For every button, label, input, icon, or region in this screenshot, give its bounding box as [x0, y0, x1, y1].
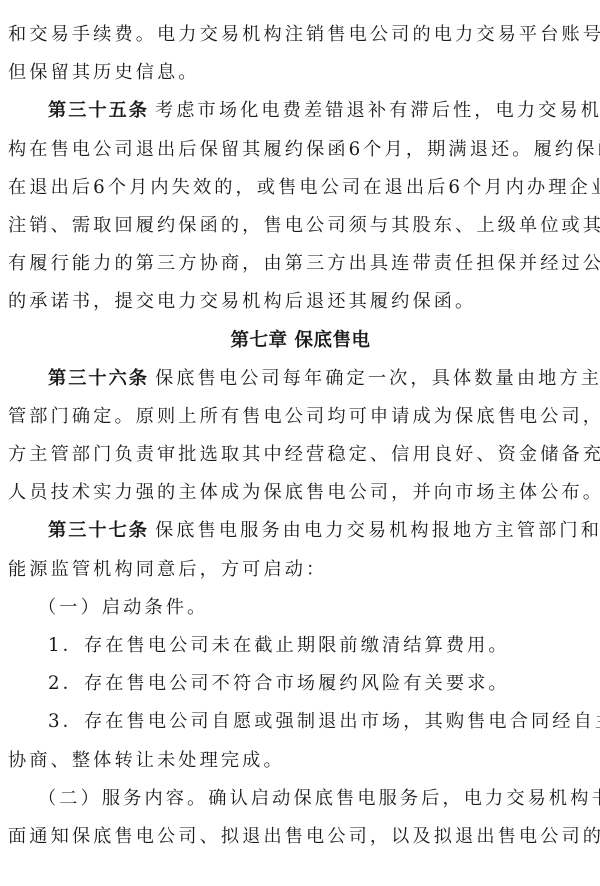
article-36-paragraph: 第三十六条保底售电公司每年确定一次，具体数量由地方主	[8, 360, 593, 398]
text-line: 人员技术实力强的主体成为保底售电公司，并向市场主体公布。	[8, 474, 593, 512]
document-page: 和交易手续费。电力交易机构注销售电公司的电力交易平台账号， 但保留其历史信息。 …	[8, 16, 593, 856]
list-item: 3．存在售电公司自愿或强制退出市场，其购售电合同经自主	[8, 703, 593, 741]
text-line: 面通知保底售电公司、拟退出售电公司，以及拟退出售电公司的批	[8, 818, 593, 856]
text-line: 构在售电公司退出后保留其履约保函6个月，期满退还。履约保函	[8, 131, 593, 169]
article-text: 保底售电公司每年确定一次，具体数量由地方主	[155, 368, 600, 389]
article-number: 第三十七条	[48, 520, 149, 541]
text-line: 在退出后6个月内失效的，或售电公司在退出后6个月内办理企业	[8, 169, 593, 207]
list-item: 2．存在售电公司不符合市场履约风险有关要求。	[8, 665, 593, 703]
text-line: 方主管部门负责审批选取其中经营稳定、信用良好、资金储备充足、	[8, 436, 593, 474]
text-line: 协商、整体转让未处理完成。	[8, 742, 593, 780]
text-line: 注销、需取回履约保函的，售电公司须与其股东、上级单位或其他	[8, 207, 593, 245]
list-item: 1．存在售电公司未在截止期限前缴清结算费用。	[8, 627, 593, 665]
article-35-paragraph: 第三十五条考虑市场化电费差错退补有滞后性，电力交易机	[8, 92, 593, 130]
article-text: 考虑市场化电费差错退补有滞后性，电力交易机	[155, 100, 600, 121]
sub-clause-heading: （一）启动条件。	[8, 589, 593, 627]
text-line: 和交易手续费。电力交易机构注销售电公司的电力交易平台账号，	[8, 16, 593, 54]
article-37-paragraph: 第三十七条保底售电服务由电力交易机构报地方主管部门和	[8, 512, 593, 550]
article-number: 第三十六条	[48, 368, 149, 389]
sub-clause-heading: （二）服务内容。确认启动保底售电服务后，电力交易机构书	[8, 780, 593, 818]
text-line: 但保留其历史信息。	[8, 54, 593, 92]
article-number: 第三十五条	[48, 100, 149, 121]
chapter-heading: 第七章 保底售电	[8, 322, 593, 360]
text-line: 有履行能力的第三方协商，由第三方出具连带责任担保并经过公证	[8, 245, 593, 283]
article-text: 保底售电服务由电力交易机构报地方主管部门和	[155, 520, 600, 541]
text-line: 管部门确定。原则上所有售电公司均可申请成为保底售电公司，地	[8, 398, 593, 436]
text-line: 的承诺书，提交电力交易机构后退还其履约保函。	[8, 283, 593, 321]
text-line: 能源监管机构同意后，方可启动：	[8, 551, 593, 589]
